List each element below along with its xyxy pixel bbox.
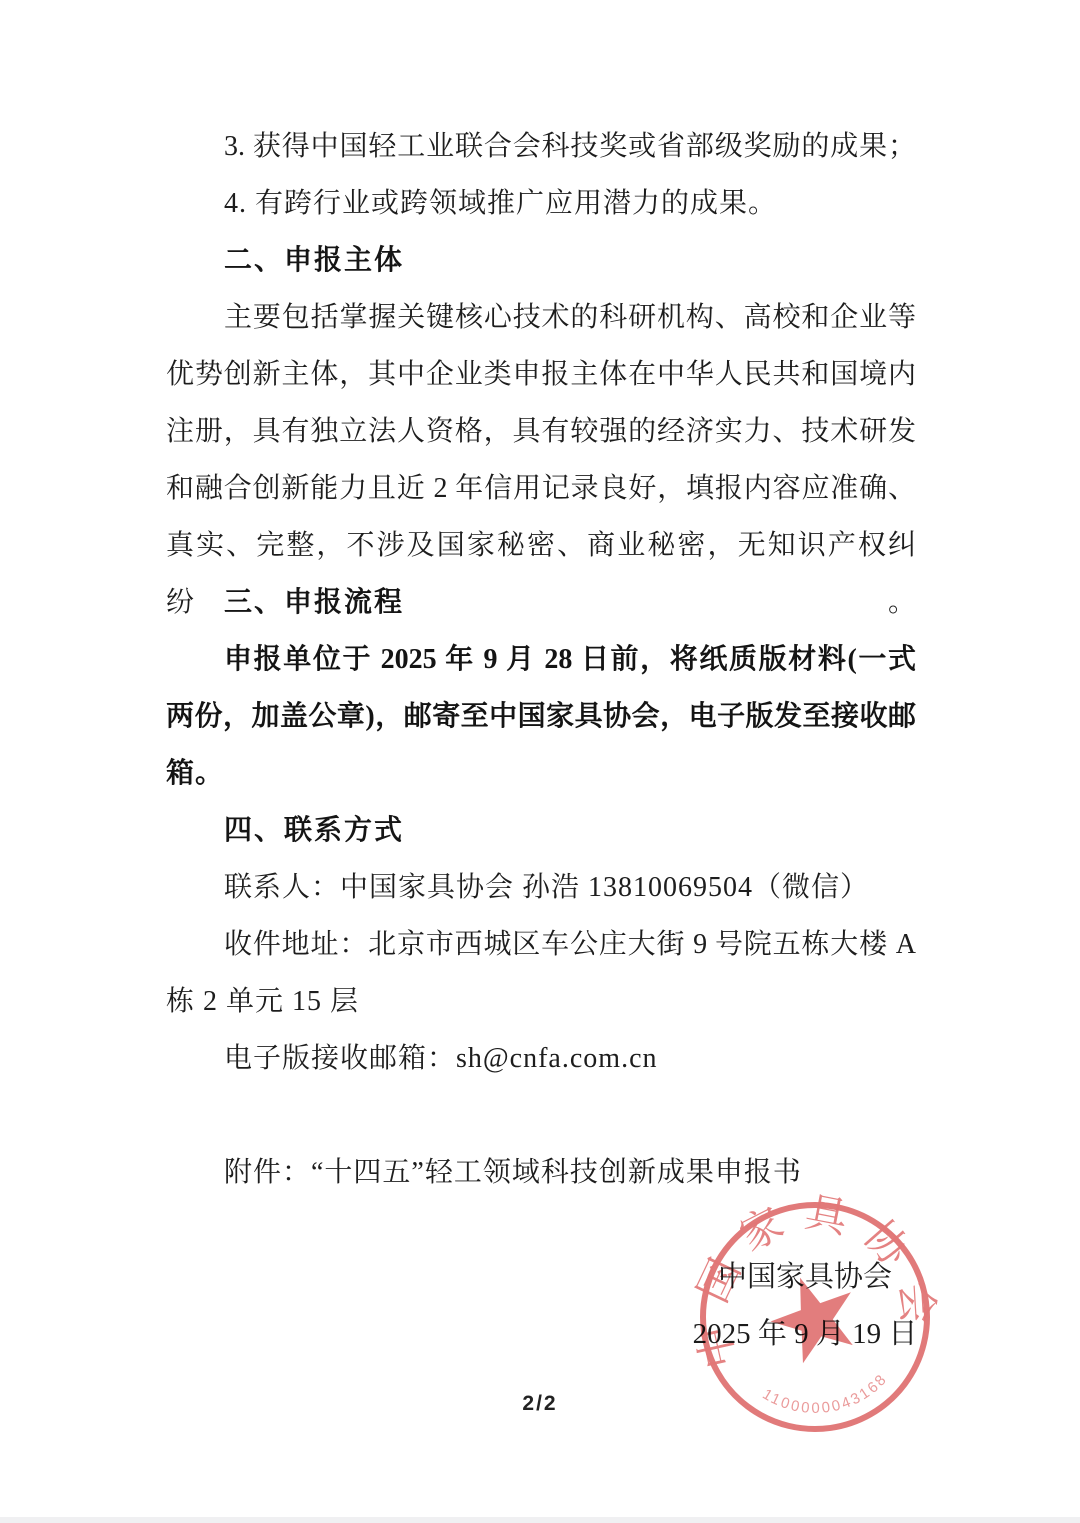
list-item-3: 3. 获得中国轻工业联合会科技奖或省部级奖励的成果；: [166, 118, 916, 175]
paragraph-line: 主要包括掌握关键核心技术的科研机构、高校和企业等: [166, 289, 916, 346]
email-line: 电子版接收邮箱：sh@cnfa.com.cn: [166, 1030, 916, 1087]
mailing-address-line: 收件地址：北京市西城区车公庄大街 9 号院五栋大楼 A: [166, 916, 916, 973]
signature-org: 中国家具协会: [655, 1249, 955, 1306]
paragraph-line: 两份，加盖公章)，邮寄至中国家具协会，电子版发至接收邮: [166, 688, 916, 745]
paragraph-line: 真实、完整，不涉及国家秘密、商业秘密，无知识产权纠纷。: [166, 517, 916, 574]
document-page: 3. 获得中国轻工业联合会科技奖或省部级奖励的成果； 4. 有跨行业或跨领域推广…: [0, 0, 1080, 1523]
scan-bottom-edge: [0, 1517, 1080, 1523]
paragraph-line: 申报单位于 2025 年 9 月 28 日前，将纸质版材料(一式: [166, 631, 916, 688]
section-heading-4: 四、联系方式: [166, 802, 916, 859]
contact-person-line: 联系人：中国家具协会 孙浩 13810069504（微信）: [166, 859, 916, 916]
page-number: 2/2: [0, 1392, 1080, 1416]
signature-block: 中国家具协会 2025 年 9 月 19 日: [655, 1249, 955, 1363]
blank-line: [166, 1087, 916, 1144]
attachment-line: 附件：“十四五”轻工领域科技创新成果申报书: [166, 1144, 916, 1201]
signature-date: 2025 年 9 月 19 日: [655, 1306, 955, 1363]
section-heading-2: 二、申报主体: [166, 232, 916, 289]
paragraph-line: 箱。: [166, 745, 916, 802]
paragraph-line: 和融合创新能力且近 2 年信用记录良好，填报内容应准确、: [166, 460, 916, 517]
list-item-4: 4. 有跨行业或跨领域推广应用潜力的成果。: [166, 175, 916, 232]
paragraph-line: 注册，具有独立法人资格，具有较强的经济实力、技术研发: [166, 403, 916, 460]
paragraph-line: 优势创新主体，其中企业类申报主体在中华人民共和国境内: [166, 346, 916, 403]
mailing-address-line: 栋 2 单元 15 层: [166, 973, 916, 1030]
document-body: 3. 获得中国轻工业联合会科技奖或省部级奖励的成果； 4. 有跨行业或跨领域推广…: [166, 118, 916, 1201]
